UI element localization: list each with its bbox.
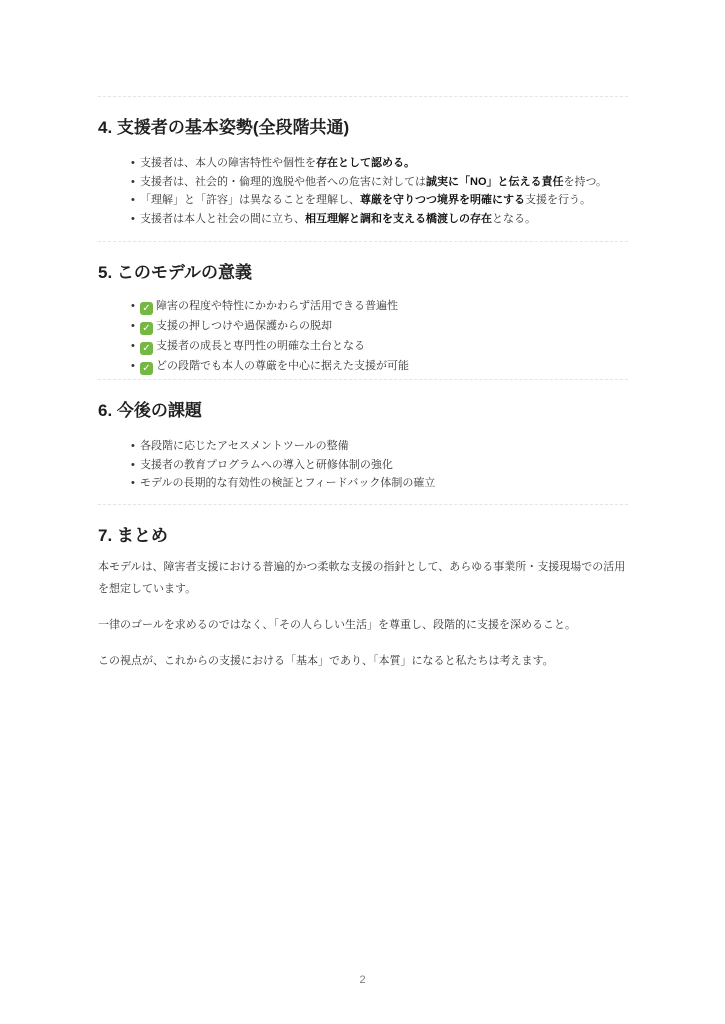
section-title-summary: 7. まとめ [98,525,628,546]
section-summary: 7. まとめ 本モデルは、障害者支援における普遍的かつ柔軟な支援の指針として、あ… [98,525,628,672]
list-item: 「理解」と「許容」は異なることを理解し、尊厳を守りつつ境界を明確にする支援を行う… [140,191,628,210]
section-divider [98,379,628,380]
list-item: ✓支援者の成長と専門性の明確な土台となる [140,336,628,356]
future-issues-list: 各段階に応じたアセスメントツールの整備支援者の教育プログラムへの導入と研修体制の… [98,437,628,493]
section-title-future-issues: 6. 今後の課題 [98,400,628,421]
document-page: 4. 支援者の基本姿勢(全段階共通) 支援者は、本人の障害特性や個性を存在として… [0,0,725,1024]
check-icon: ✓ [140,342,153,355]
paragraph: 本モデルは、障害者支援における普遍的かつ柔軟な支援の指針として、あらゆる事業所・… [98,556,628,600]
check-icon: ✓ [140,322,153,335]
basic-stance-list: 支援者は、本人の障害特性や個性を存在として認める。支援者は、社会的・倫理的逸脱や… [98,154,628,228]
list-item: ✓支援の押しつけや過保護からの脱却 [140,316,628,336]
paragraph: 一律のゴールを求めるのではなく、「その人らしい生活」を尊重し、段階的に支援を深め… [98,614,628,636]
paragraph: この視点が、これからの支援における「基本」であり、「本質」になると私たちは考えま… [98,650,628,672]
list-item: 支援者は、本人の障害特性や個性を存在として認める。 [140,154,628,173]
list-item: ✓どの段階でも本人の尊厳を中心に据えた支援が可能 [140,356,628,376]
section-title-significance: 5. このモデルの意義 [98,262,628,283]
section-divider [98,241,628,242]
summary-paragraphs: 本モデルは、障害者支援における普遍的かつ柔軟な支援の指針として、あらゆる事業所・… [98,556,628,672]
list-item: 支援者は本人と社会の間に立ち、相互理解と調和を支える橋渡しの存在となる。 [140,210,628,229]
section-significance: 5. このモデルの意義 ✓障害の程度や特性にかかわらず活用できる普遍性✓支援の押… [98,262,628,376]
check-icon: ✓ [140,302,153,315]
significance-checklist: ✓障害の程度や特性にかかわらず活用できる普遍性✓支援の押しつけや過保護からの脱却… [98,296,628,376]
section-basic-stance: 4. 支援者の基本姿勢(全段階共通) 支援者は、本人の障害特性や個性を存在として… [98,117,628,228]
section-title-basic-stance: 4. 支援者の基本姿勢(全段階共通) [98,117,628,138]
section-divider [98,96,628,97]
list-item: 支援者は、社会的・倫理的逸脱や他者への危害に対しては誠実に「NO」と伝える責任を… [140,173,628,192]
section-divider [98,504,628,505]
list-item: ✓障害の程度や特性にかかわらず活用できる普遍性 [140,296,628,316]
section-future-issues: 6. 今後の課題 各段階に応じたアセスメントツールの整備支援者の教育プログラムへ… [98,400,628,493]
list-item: モデルの長期的な有効性の検証とフィードバック体制の確立 [140,474,628,493]
list-item: 各段階に応じたアセスメントツールの整備 [140,437,628,456]
page-number: 2 [0,974,725,986]
check-icon: ✓ [140,362,153,375]
list-item: 支援者の教育プログラムへの導入と研修体制の強化 [140,456,628,475]
